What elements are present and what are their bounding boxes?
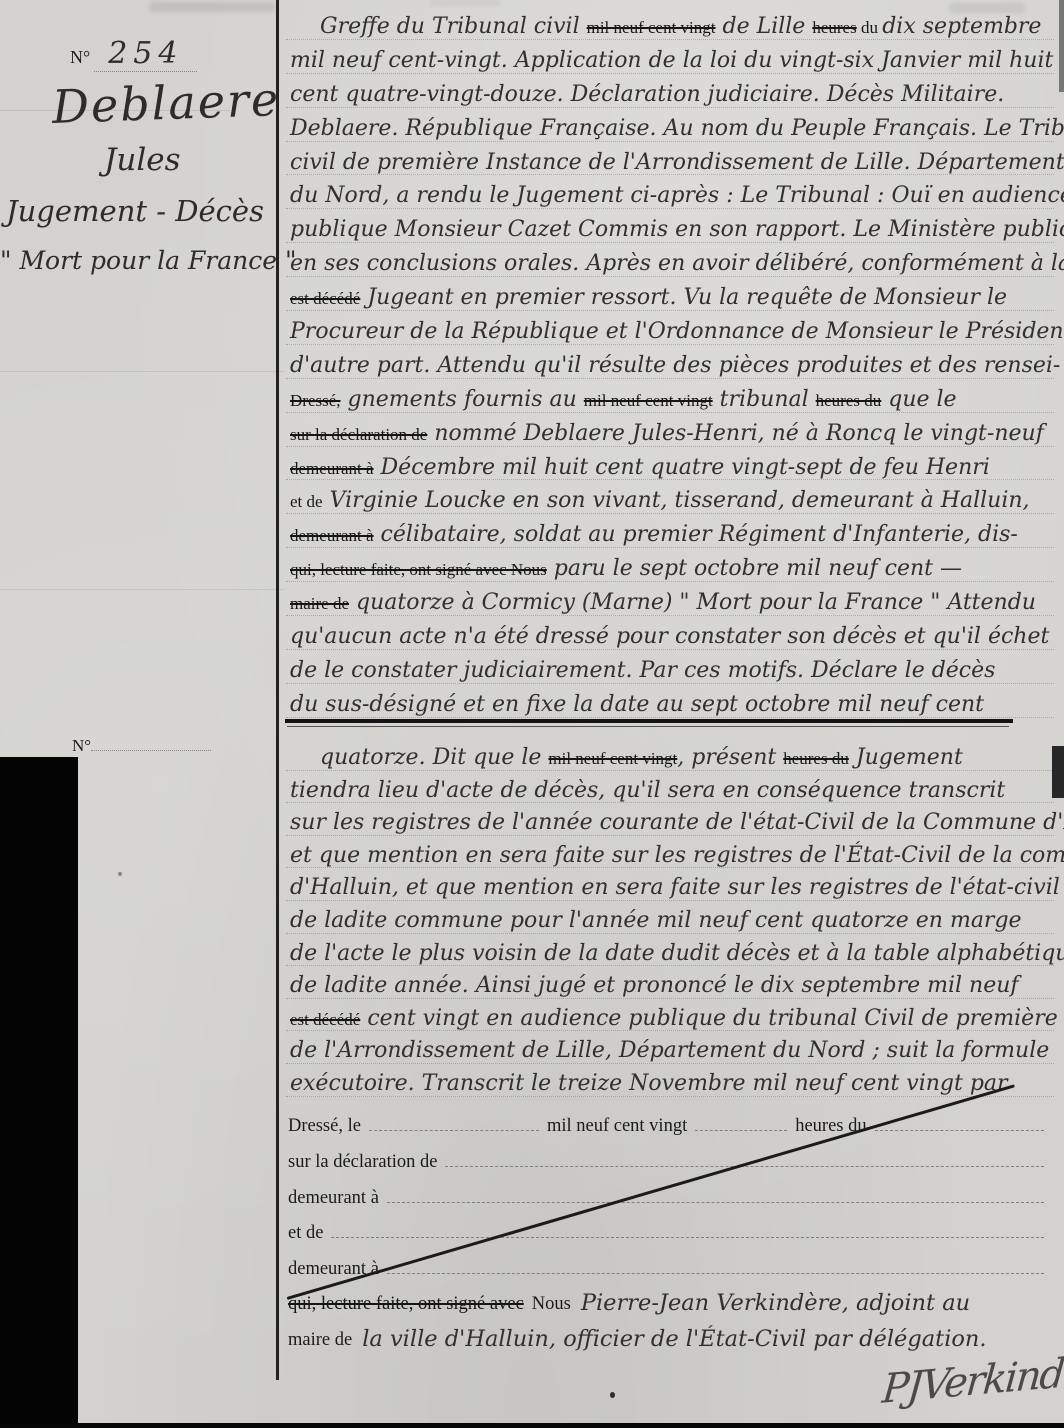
struck-printed-text: heures du — [783, 749, 849, 768]
handwritten-text: de Lille — [716, 14, 813, 39]
act-number-value: 254 — [94, 36, 197, 72]
handwritten-text: qu'aucun acte n'a été dressé pour consta… — [290, 624, 1049, 649]
handwritten-text: de ladite commune pour l'année mil neuf … — [290, 908, 1022, 933]
struck-printed-text: qui, lecture faite, ont signé avec — [288, 1292, 524, 1316]
form-label-maire-de: maire de — [288, 1328, 352, 1352]
handwritten-text: dix septembre — [882, 14, 1041, 39]
dotted-blank — [91, 736, 211, 751]
section-divider — [285, 719, 1013, 723]
handwritten-text: nommé Deblaere Jules-Henri, né à Roncq l… — [427, 421, 1043, 446]
scan-artifact — [150, 2, 275, 12]
scan-edge-mark — [1059, 0, 1064, 92]
record-line: et que mention en sera faite sur les reg… — [290, 840, 1054, 873]
handwritten-text: Greffe du Tribunal civil — [320, 14, 587, 39]
handwritten-text: civil de première Instance de l'Arrondis… — [290, 150, 1064, 175]
handwritten-text: Virginie Loucke en son vivant, tisserand… — [323, 488, 1030, 513]
struck-printed-text: maire de — [290, 594, 349, 613]
struck-printed-text: mil neuf cent vingt — [587, 18, 716, 37]
struck-printed-text: demeurant à — [290, 459, 374, 478]
record-line: d'autre part. Attendu qu'il résulte des … — [290, 349, 1054, 383]
record-line: sur les registres de l'année courante de… — [290, 807, 1054, 840]
form-blank — [369, 1128, 539, 1131]
record-line: Procureur de la République et l'Ordonnan… — [290, 315, 1054, 349]
record-line: civil de première Instance de l'Arrondis… — [290, 146, 1054, 180]
record-line: d'Halluin, et que mention en sera faite … — [290, 872, 1054, 905]
ink-dot — [610, 1392, 615, 1398]
handwritten-text: tribunal — [713, 387, 816, 412]
scan-black-corner — [0, 757, 78, 1428]
form-blank — [387, 1271, 1044, 1274]
handwritten-text: publique Monsieur Cazet Commis en son ra… — [290, 217, 1064, 242]
record-line: publique Monsieur Cazet Commis en son ra… — [290, 213, 1054, 247]
record-line: est décédé Jugeant en premier ressort. V… — [290, 281, 1054, 315]
struck-printed-text: sur la déclaration de — [290, 425, 427, 444]
handwritten-text: Jugeant en premier ressort. Vu la requêt… — [360, 285, 1007, 310]
record-line: Dressé, gnements fournis au mil neuf cen… — [290, 383, 1054, 417]
handwritten-text: de ladite année. Ainsi jugé et prononcé … — [290, 973, 1019, 998]
form-label-heures-du: heures du — [795, 1114, 866, 1138]
handwritten-text: quatorze. Dit que le — [320, 745, 548, 770]
civil-registry-scan-page: N° 254 Deblaere Jules Jugement - Décès "… — [0, 0, 1064, 1428]
scan-crease — [0, 589, 285, 590]
record-line: cent quatre-vingt-douze. Déclaration jud… — [290, 78, 1054, 112]
handwritten-text: de le constater judiciairement. Par ces … — [290, 658, 995, 683]
form-blank — [695, 1128, 787, 1131]
struck-printed-text: est décédé — [290, 289, 360, 308]
deceased-firstname: Jules — [104, 142, 181, 178]
handwritten-text: paru le sept octobre mil neuf cent — — [547, 556, 962, 581]
record-line: qu'aucun acte n'a été dressé pour consta… — [290, 620, 1054, 654]
handwritten-text: cent quatre-vingt-douze. Déclaration jud… — [290, 82, 1004, 107]
handwritten-text: d'autre part. Attendu qu'il résulte des … — [290, 353, 1060, 378]
printed-text: et de — [290, 492, 323, 511]
mort-pour-la-france-mention: " Mort pour la France " — [0, 246, 296, 275]
form-blank — [387, 1200, 1044, 1203]
form-label-mil-neuf-cent-vingt: mil neuf cent vingt — [547, 1114, 687, 1138]
struck-printed-text: mil neuf cent vingt — [548, 749, 677, 768]
struck-printed-text: est décédé — [290, 1010, 360, 1029]
handwritten-text: exécutoire. Transcrit le treize Novembre… — [290, 1071, 1008, 1096]
handwritten-text: quatorze à Cormicy (Marne) " Mort pour l… — [349, 590, 1036, 615]
struck-printed-text: mil neuf cent vingt — [584, 391, 713, 410]
form-row-declaration: sur la déclaration de — [288, 1140, 1052, 1174]
handwritten-text: d'Halluin, et que mention en sera faite … — [290, 875, 1060, 900]
record-line: exécutoire. Transcrit le treize Novembre… — [290, 1068, 1054, 1101]
record-line: quatorze. Dit que le mil neuf cent vingt… — [290, 742, 1054, 775]
record-line: et de Virginie Loucke en son vivant, tis… — [290, 484, 1054, 518]
record-line: de ladite année. Ainsi jugé et prononcé … — [290, 970, 1054, 1003]
officer-signature: PJVerkindère — [880, 1345, 1064, 1413]
scan-crease — [0, 371, 285, 372]
struck-printed-text: demeurant à — [290, 526, 374, 545]
struck-printed-text: Dressé, — [290, 391, 341, 410]
form-label-demeurant: demeurant à — [288, 1257, 379, 1281]
scan-edge-mark — [1052, 746, 1064, 798]
record-line: de ladite commune pour l'année mil neuf … — [290, 905, 1054, 938]
record-line: du sus-désigné et en fixe la date au sep… — [290, 688, 1054, 722]
handwritten-text: sur les registres de l'année courante de… — [290, 810, 1064, 835]
act-type-label: Jugement - Décès — [6, 194, 264, 228]
judgment-text-block-2: quatorze. Dit que le mil neuf cent vingt… — [290, 742, 1054, 1101]
form-row-et-de: et de — [288, 1211, 1052, 1245]
handwritten-text: tiendra lieu d'acte de décès, qu'il sera… — [290, 778, 1005, 803]
form-label-declaration: sur la déclaration de — [288, 1150, 437, 1174]
form-blank — [331, 1235, 1044, 1238]
handwritten-text: que le — [881, 387, 956, 412]
form-label-demeurant: demeurant à — [288, 1186, 379, 1210]
handwritten-text: de l'Arrondissement de Lille, Départemen… — [290, 1038, 1049, 1063]
handwritten-text: gnements fournis au — [341, 387, 584, 412]
handwritten-text: et que mention en sera faite sur les reg… — [290, 843, 1064, 868]
record-line: qui, lecture faite, ont signé avec Nous … — [290, 552, 1054, 586]
struck-printed-text: qui, lecture faite, ont signé avec Nous — [290, 560, 547, 579]
record-line: maire de quatorze à Cormicy (Marne) " Mo… — [290, 586, 1054, 620]
handwritten-text: , présent — [677, 745, 783, 770]
record-line: Deblaere. République Française. Au nom d… — [290, 112, 1054, 146]
scan-artifact — [430, 0, 500, 6]
deceased-surname: Deblaere — [51, 72, 281, 134]
record-line: du Nord, a rendu le Jugement ci-après : … — [290, 179, 1054, 213]
act-number-label: N° — [72, 736, 91, 755]
form-label-et-de: et de — [288, 1221, 323, 1245]
act-number-blank: N° — [72, 736, 211, 756]
handwritten-text: en ses conclusions orales. Après en avoi… — [290, 251, 1064, 276]
record-line: tiendra lieu d'acte de décès, qu'il sera… — [290, 775, 1054, 808]
handwritten-text: Décembre mil huit cent quatre vingt-sept… — [374, 455, 990, 480]
record-line: en ses conclusions orales. Après en avoi… — [290, 247, 1054, 281]
judgment-text-block-1: Greffe du Tribunal civil mil neuf cent v… — [290, 10, 1054, 722]
act-number-label: N° — [70, 47, 90, 67]
record-line: de l'acte le plus voisin de la date dudi… — [290, 938, 1054, 971]
form-blank — [875, 1128, 1044, 1131]
form-row-demeurant-1: demeurant à — [288, 1176, 1052, 1210]
act-number: N° 254 — [70, 36, 197, 71]
handwritten-text: mil neuf cent-vingt. Application de la l… — [290, 48, 1053, 73]
handwritten-text: Procureur de la République et l'Ordonnan… — [290, 319, 1064, 344]
record-line: de l'Arrondissement de Lille, Départemen… — [290, 1035, 1054, 1068]
struck-printed-text: heures — [812, 18, 856, 37]
officer-name-handwritten: Pierre-Jean Verkindère, adjoint au — [571, 1290, 970, 1316]
handwritten-text: cent vingt en audience publique du tribu… — [360, 1006, 1064, 1031]
handwritten-text: du Nord, a rendu le Jugement ci-après : … — [290, 183, 1064, 208]
record-line: sur la déclaration de nommé Deblaere Jul… — [290, 417, 1054, 451]
handwritten-text: Deblaere. République Française. Au nom d… — [290, 116, 1064, 141]
form-row-maire: maire de la ville d'Halluin, officier de… — [288, 1318, 1052, 1352]
record-line: demeurant à célibataire, soldat au premi… — [290, 518, 1054, 552]
margin-rule — [276, 0, 279, 1380]
record-line: de le constater judiciairement. Par ces … — [290, 654, 1054, 688]
handwritten-text: célibataire, soldat au premier Régiment … — [374, 522, 1018, 547]
form-label-nous: Nous — [524, 1292, 571, 1316]
record-line: Greffe du Tribunal civil mil neuf cent v… — [290, 10, 1054, 44]
handwritten-text: du sus-désigné et en fixe la date au sep… — [290, 692, 984, 717]
handwritten-text: Jugement — [849, 745, 963, 770]
record-line: mil neuf cent-vingt. Application de la l… — [290, 44, 1054, 78]
officer-title-handwritten: la ville d'Halluin, officier de l'État-C… — [352, 1326, 986, 1352]
struck-printed-text: heures du — [816, 391, 882, 410]
form-label-dresse: Dressé, le — [288, 1114, 361, 1138]
form-row-signature-clause: qui, lecture faite, ont signé avec Nous … — [288, 1282, 1052, 1316]
ink-dot — [118, 872, 122, 876]
record-line: demeurant à Décembre mil huit cent quatr… — [290, 451, 1054, 485]
record-line: est décédé cent vingt en audience publiq… — [290, 1003, 1054, 1036]
handwritten-text: de l'acte le plus voisin de la date dudi… — [290, 941, 1064, 966]
scan-black-bottom-edge — [0, 1423, 1064, 1428]
section-divider-echo — [287, 726, 1009, 727]
printed-text: du — [857, 18, 883, 37]
